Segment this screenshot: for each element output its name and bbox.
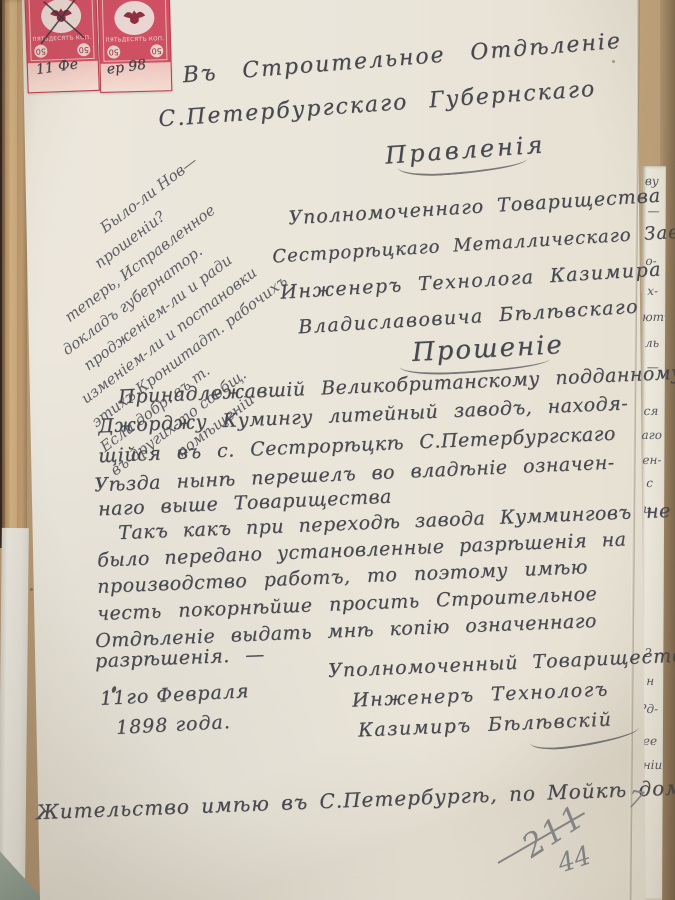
- dust-speck: [612, 60, 615, 63]
- pen-cross-mark: [25, 0, 97, 52]
- edge-text-fragment: аго: [641, 428, 662, 442]
- revenue-stamp-50kop: ПЯТЬДЕСЯТЪ КОП. 50 50 ер 98: [98, 0, 173, 93]
- edge-text-fragment: ся: [644, 404, 659, 418]
- double-headed-eagle-icon: [121, 7, 148, 30]
- edge-text-fragment: с: [646, 476, 653, 490]
- edge-text-fragment: ее: [643, 734, 657, 748]
- revenue-stamp-50kop: ПЯТЬДЕСЯТЪ КОП. 50 50 11 Фе: [24, 0, 100, 93]
- underlying-page-left-edge: [0, 528, 29, 878]
- archival-document-photo: ву — о- х- ютъ, ль — ся аго ен- с и 2 н …: [0, 0, 675, 900]
- edge-text-fragment: ль: [645, 336, 659, 350]
- dust-speck: [30, 588, 33, 591]
- edge-text-fragment: н: [646, 674, 654, 688]
- edge-text-fragment: ютъ,: [642, 310, 666, 324]
- edge-text-fragment: х-: [647, 284, 658, 298]
- edge-text-fragment: ніи: [643, 758, 663, 772]
- edge-text-fragment: ен-: [642, 453, 661, 467]
